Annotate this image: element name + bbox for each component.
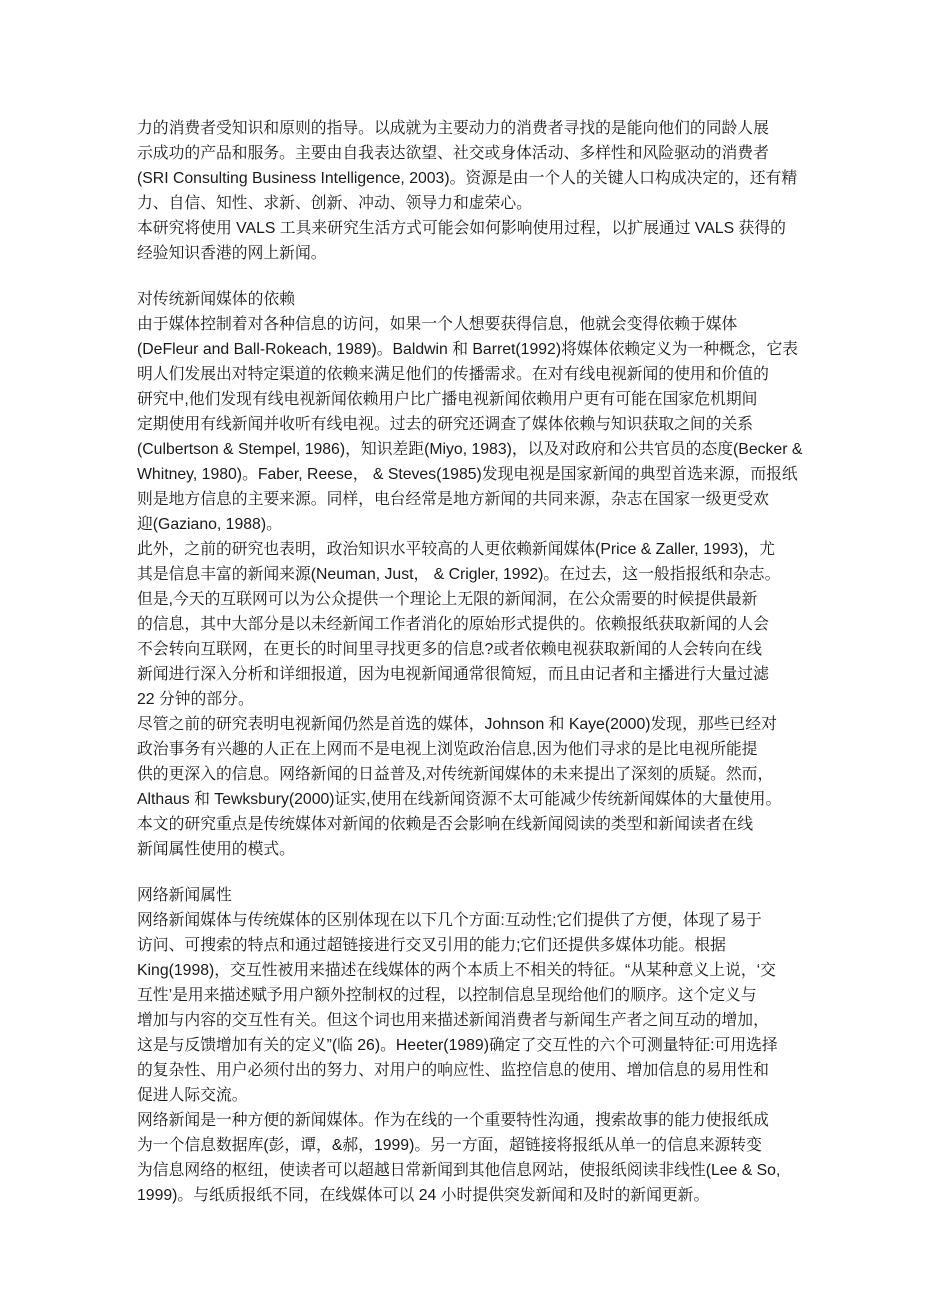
text-line: 其是信息丰富的新闻来源(Neuman, Just， & Crigler, 199…: [137, 562, 793, 587]
text-line: 示成功的产品和服务。主要由自我表达欲望、社交或身体活动、多样性和风险驱动的消费者: [137, 141, 793, 166]
text-line: 的信息，其中大部分是以未经新闻工作者消化的原始形式提供的。依赖报纸获取新闻的人会: [137, 612, 793, 637]
text-line: 力的消费者受知识和原则的指导。以成就为主要动力的消费者寻找的是能向他们的同龄人展: [137, 116, 793, 141]
section-heading: 网络新闻属性: [137, 883, 793, 908]
text-line: 本文的研究重点是传统媒体对新闻的依赖是否会影响在线新闻阅读的类型和新闻读者在线: [137, 812, 793, 837]
text-line: 则是地方信息的主要来源。同样，电台经常是地方新闻的共同来源，杂志在国家一级更受欢: [137, 487, 793, 512]
text-line: 但是,今天的互联网可以为公众提供一个理论上无限的新闻洞，在公众需要的时候提供最新: [137, 587, 793, 612]
text-line: 1999)。与纸质报纸不同，在线媒体可以 24 小时提供突发新闻和及时的新闻更新…: [137, 1183, 793, 1208]
text-line: 访问、可搜索的特点和通过超链接进行交叉引用的能力;它们还提供多媒体功能。根据: [137, 933, 793, 958]
text-line: 新闻属性使用的模式。: [137, 837, 793, 862]
text-line: 这是与反馈增加有关的定义”(临 26)。Heeter(1989)确定了交互性的六…: [137, 1033, 793, 1058]
paragraph-spacer: [137, 862, 793, 883]
text-line: 定期使用有线新闻并收听有线电视。过去的研究还调查了媒体依赖与知识获取之间的关系: [137, 412, 793, 437]
text-line: 22 分钟的部分。: [137, 687, 793, 712]
text-line: 政治事务有兴趣的人正在上网而不是电视上浏览政治信息,因为他们寻求的是比电视所能提: [137, 737, 793, 762]
text-line: 尽管之前的研究表明电视新闻仍然是首选的媒体，Johnson 和 Kaye(200…: [137, 712, 793, 737]
text-line: Althaus 和 Tewksbury(2000)证实,使用在线新闻资源不太可能…: [137, 787, 793, 812]
text-line: 力、自信、知性、求新、创新、冲动、领导力和虚荣心。: [137, 191, 793, 216]
text-line: 为一个信息数据库(彭，谭，&郝，1999)。另一方面，超链接将报纸从单一的信息来…: [137, 1133, 793, 1158]
text-line: 研究中,他们发现有线电视新闻依赖用户比广播电视新闻依赖用户更有可能在国家危机期间: [137, 387, 793, 412]
text-line: 新闻进行深入分析和详细报道，因为电视新闻通常很简短，而且由记者和主播进行大量过滤: [137, 662, 793, 687]
paragraph-spacer: [137, 266, 793, 287]
text-line: 网络新闻是一种方便的新闻媒体。作为在线的一个重要特性沟通，搜索故事的能力使报纸成: [137, 1108, 793, 1133]
text-line: 增加与内容的交互性有关。但这个词也用来描述新闻消费者与新闻生产者之间互动的增加，: [137, 1008, 793, 1033]
text-line: 供的更深入的信息。网络新闻的日益普及,对传统新闻媒体的未来提出了深刻的质疑。然而…: [137, 762, 793, 787]
text-line: 网络新闻媒体与传统媒体的区别体现在以下几个方面:互动性;它们提供了方便，体现了易…: [137, 908, 793, 933]
document-content: 力的消费者受知识和原则的指导。以成就为主要动力的消费者寻找的是能向他们的同龄人展…: [137, 116, 793, 1208]
text-line: 明人们发展出对特定渠道的依赖来满足他们的传播需求。在对有线电视新闻的使用和价值的: [137, 362, 793, 387]
text-line: (SRI Consulting Business Intelligence, 2…: [137, 166, 793, 191]
text-line: 本研究将使用 VALS 工具来研究生活方式可能会如何影响使用过程，以扩展通过 V…: [137, 216, 793, 241]
text-line: Whitney, 1980)。Faber, Reese， & Steves(19…: [137, 462, 793, 487]
text-line: 此外，之前的研究也表明，政治知识水平较高的人更依赖新闻媒体(Price & Za…: [137, 537, 793, 562]
text-line: 为信息网络的枢纽，使读者可以超越日常新闻到其他信息网站，使报纸阅读非线性(Lee…: [137, 1158, 793, 1183]
text-line: 促进人际交流。: [137, 1083, 793, 1108]
text-line: 迎(Gaziano, 1988)。: [137, 512, 793, 537]
text-line: 由于媒体控制着对各种信息的访问，如果一个人想要获得信息，他就会变得依赖于媒体: [137, 312, 793, 337]
text-line: King(1998)，交互性被用来描述在线媒体的两个本质上不相关的特征。“从某种…: [137, 958, 793, 983]
text-line: (DeFleur and Ball-Rokeach, 1989)。Baldwin…: [137, 337, 793, 362]
document-page: 力的消费者受知识和原则的指导。以成就为主要动力的消费者寻找的是能向他们的同龄人展…: [0, 0, 926, 1309]
text-line: 经验知识香港的网上新闻。: [137, 241, 793, 266]
text-line: (Culbertson & Stempel, 1986)，知识差距(Miyo, …: [137, 437, 793, 462]
section-heading: 对传统新闻媒体的依赖: [137, 287, 793, 312]
text-line: 不会转向互联网，在更长的时间里寻找更多的信息?或者依赖电视获取新闻的人会转向在线: [137, 637, 793, 662]
text-line: 互性’是用来描述赋予用户额外控制权的过程，以控制信息呈现给他们的顺序。这个定义与: [137, 983, 793, 1008]
text-line: 的复杂性、用户必须付出的努力、对用户的响应性、监控信息的使用、增加信息的易用性和: [137, 1058, 793, 1083]
